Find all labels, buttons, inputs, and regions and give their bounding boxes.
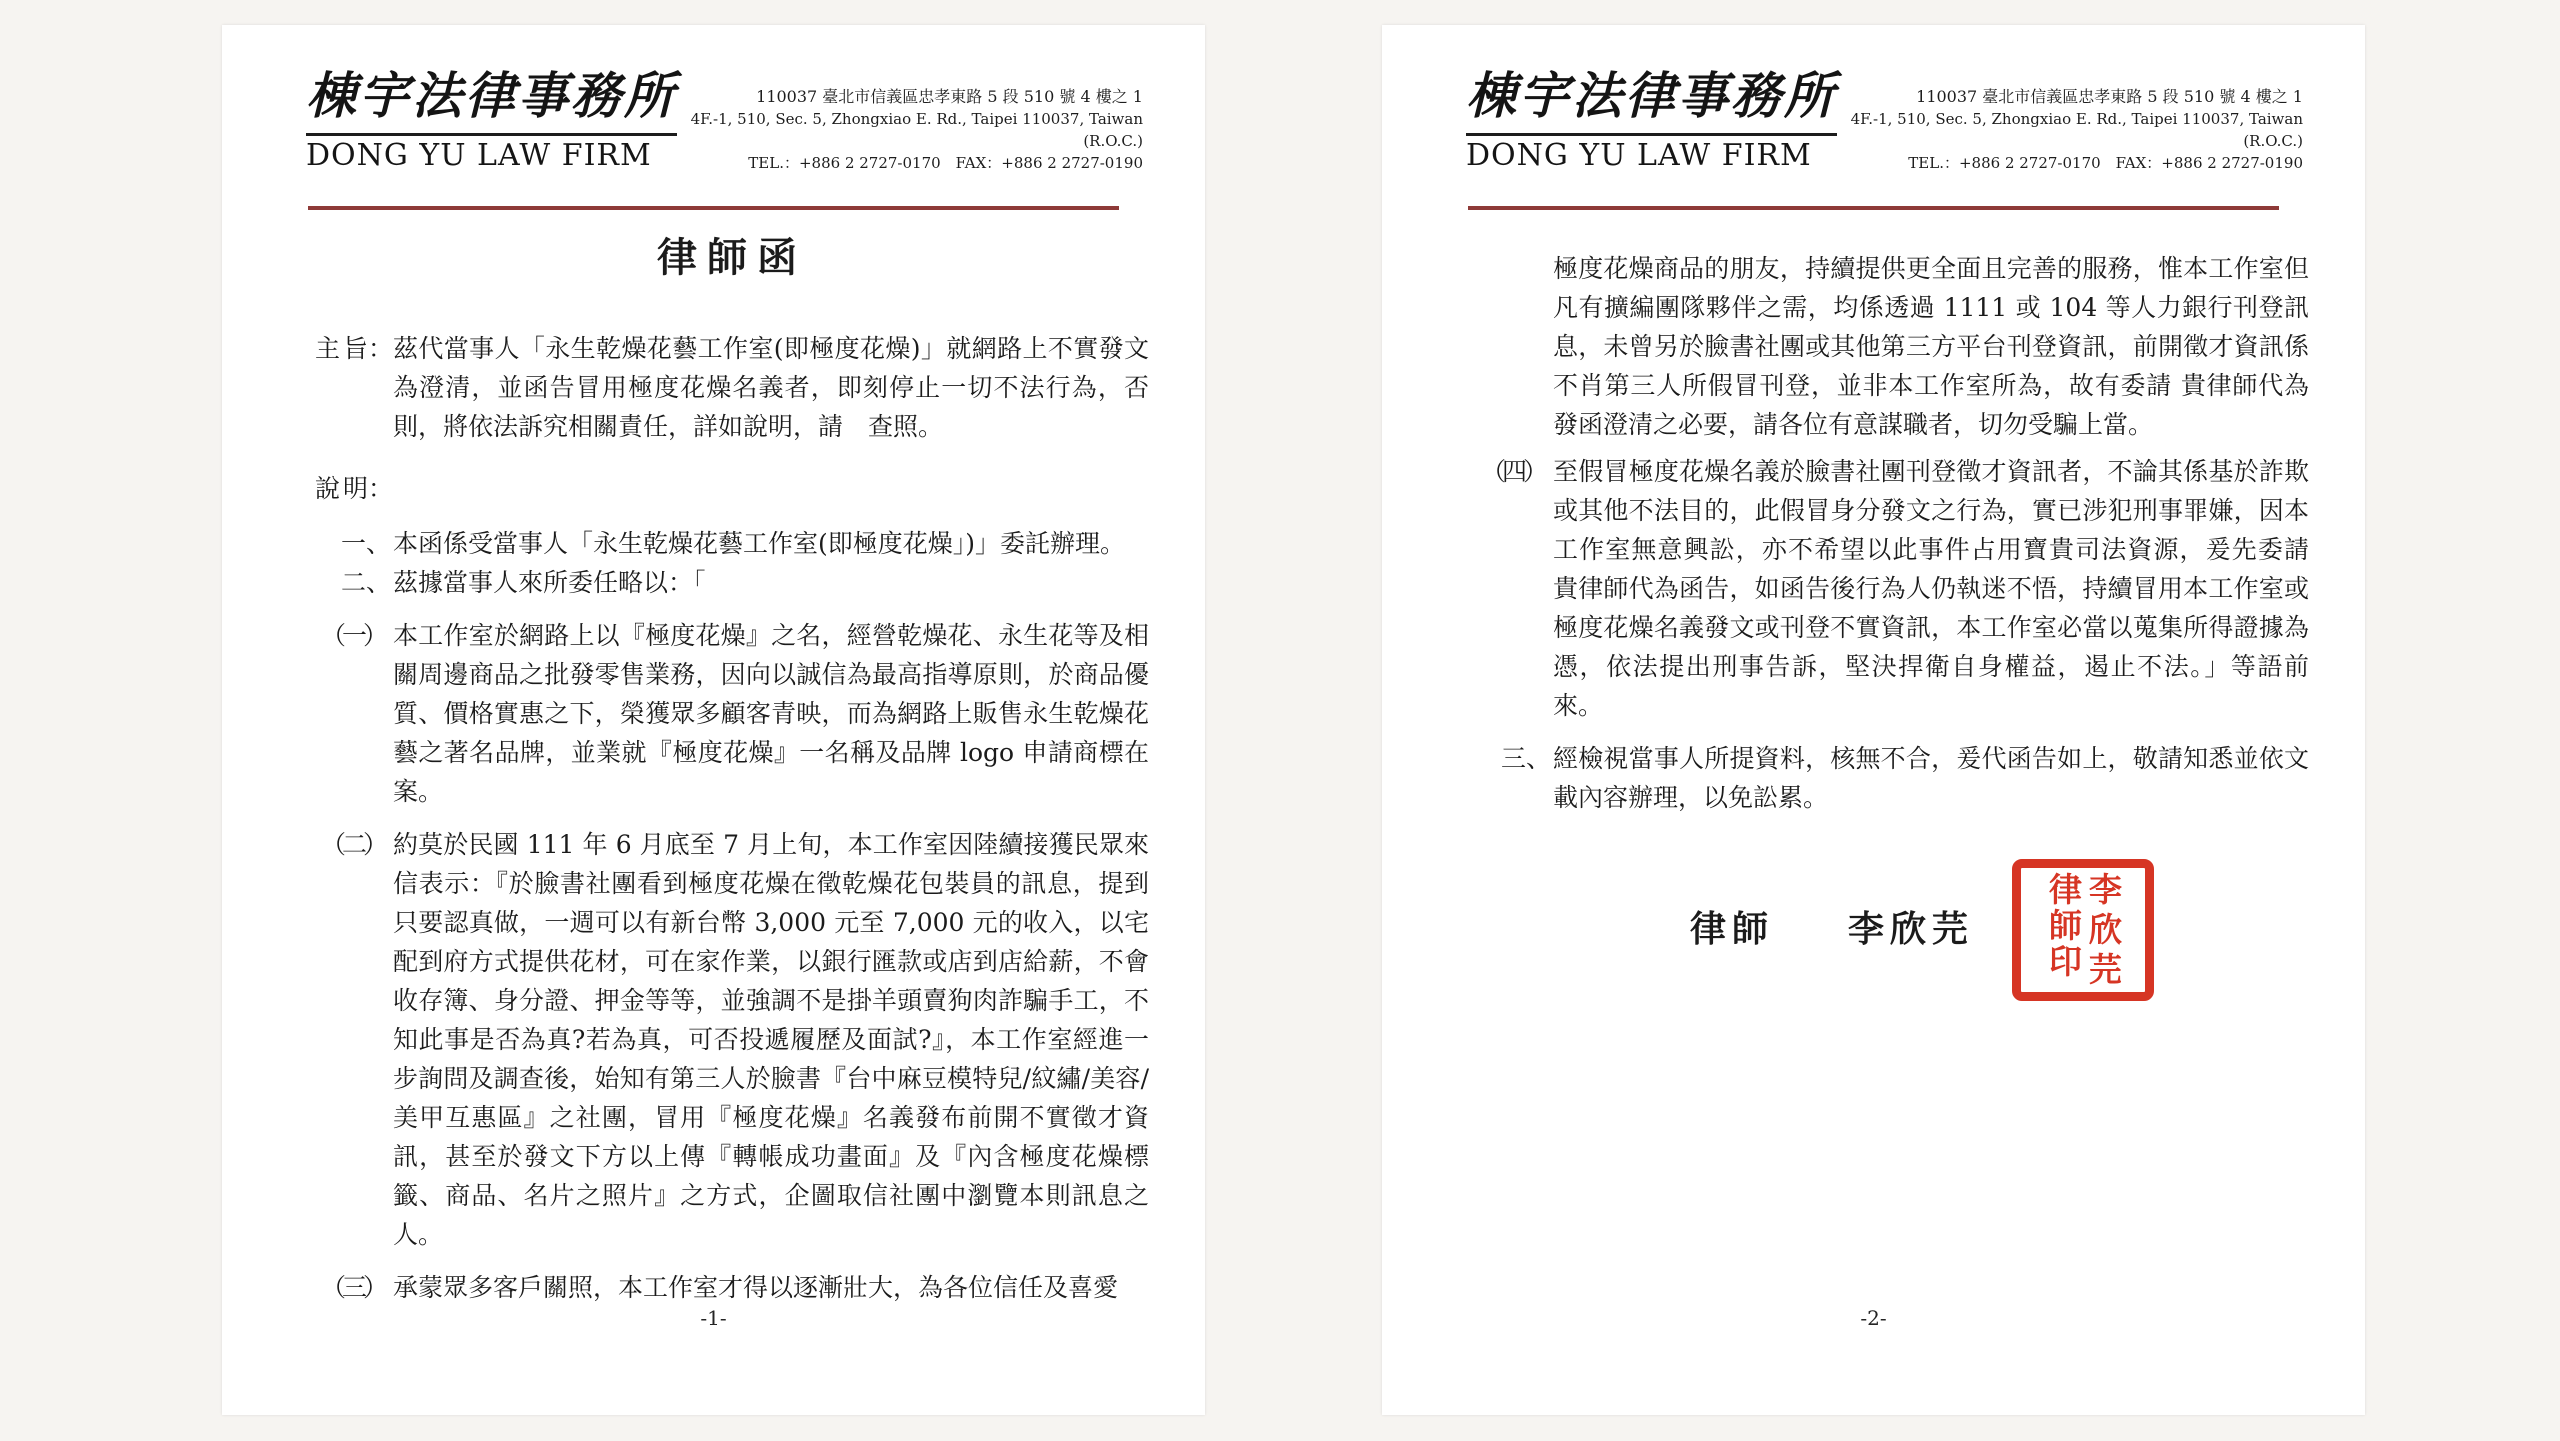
firm-address-zh: 110037 臺北市信義區忠孝東路 5 段 510 號 4 樓之 1 (1837, 86, 2303, 108)
list-item-3-text: 經檢視當事人所提資料，核無不合，爰代函告如上，敬請知悉並依文載內容辦理，以免訟累… (1553, 739, 2309, 817)
list-item-3-number: 三、 (1475, 739, 1553, 817)
sub-item-1: （一） 本工作室於網路上以『極度花燥』之名，經營乾燥花、永生花等及相關周邊商品之… (315, 616, 1149, 811)
document-page-1: 棟宇法律事務所 DONG YU LAW FIRM 110037 臺北市信義區忠孝… (222, 25, 1205, 1415)
firm-name-en: DONG YU LAW FIRM (306, 136, 677, 176)
page-number-2: -2- (1382, 1306, 2365, 1330)
list-item-2: 二、 茲據當事人來所委任略以：「 (315, 563, 1149, 602)
firm-brand: 棟宇法律事務所 DONG YU LAW FIRM (306, 65, 677, 176)
page1-content: 律師函 主旨： 茲代當事人「永生乾燥花藝工作室(即極度花燥)」就網路上不實發文為… (315, 234, 1149, 1307)
list-item-1-text: 本函係受當事人「永生乾燥花藝工作室(即極度花燥」)」委託辦理。 (393, 524, 1149, 563)
subject-label-char1: 主 (315, 329, 340, 446)
firm-address-zh: 110037 臺北市信義區忠孝東路 5 段 510 號 4 樓之 1 (677, 86, 1143, 108)
sub-item-2: （二） 約莫於民國 111 年 6 月底至 7 月上旬，本工作室因陸續接獲民眾來… (315, 825, 1149, 1254)
lawyer-seal-text: 李欣芫律師印 (2043, 872, 2123, 988)
firm-logo-calligraphy: 棟宇法律事務所 (306, 65, 677, 127)
document-title: 律師函 (315, 234, 1149, 282)
firm-address-en: 4F.-1, 510, Sec. 5, Zhongxiao E. Rd., Ta… (1837, 108, 2303, 152)
list-item-2-text: 茲據當事人來所委任略以：「 (393, 563, 1149, 602)
firm-name-en: DONG YU LAW FIRM (1466, 136, 1837, 176)
signature-name: 李欣芫 (1848, 905, 1974, 953)
letterhead-divider (1468, 206, 2279, 210)
list-item-2-number: 二、 (315, 563, 393, 602)
subject-label: 主旨： (315, 329, 393, 446)
sub-item-1-text: 本工作室於網路上以『極度花燥』之名，經營乾燥花、永生花等及相關周邊商品之批發零售… (393, 616, 1149, 811)
sub-item-3-text: 承蒙眾多客戶關照，本工作室才得以逐漸壯大，為各位信任及喜愛 (393, 1268, 1149, 1307)
page-number-1: -1- (222, 1306, 1205, 1330)
explanation-label: 說明： (315, 469, 393, 508)
firm-address-en: 4F.-1, 510, Sec. 5, Zhongxiao E. Rd., Ta… (677, 108, 1143, 152)
list-item-1: 一、 本函係受當事人「永生乾燥花藝工作室(即極度花燥」)」委託辦理。 (315, 524, 1149, 563)
list-item-1-number: 一、 (315, 524, 393, 563)
sub-item-2-number: （二） (315, 825, 393, 1254)
subject-label-char2: 旨： (343, 329, 393, 446)
letterhead-divider (308, 206, 1119, 210)
sub-item-1-number: （一） (315, 616, 393, 811)
signature-text: 律師 李欣芫 (1690, 905, 2012, 953)
explanation-spacer (393, 469, 1149, 508)
continuation-paragraph: 極度花燥商品的朋友，持續提供更全面且完善的服務，惟本工作室但凡有擴編團隊夥伴之需… (1475, 249, 2309, 444)
letterhead: 棟宇法律事務所 DONG YU LAW FIRM 110037 臺北市信義區忠孝… (222, 25, 1205, 176)
letterhead: 棟宇法律事務所 DONG YU LAW FIRM 110037 臺北市信義區忠孝… (1382, 25, 2365, 176)
sub-item-4: （四） 至假冒極度花燥名義於臉書社團刊登徵才資訊者，不論其係基於詐欺或其他不法目… (1475, 452, 2309, 725)
page2-content: 極度花燥商品的朋友，持續提供更全面且完善的服務，惟本工作室但凡有擴編團隊夥伴之需… (1475, 249, 2309, 1001)
explanation-label-char1: 說 (315, 469, 340, 508)
lawyer-seal-stamp: 李欣芫律師印 (2012, 859, 2154, 1001)
firm-address-block: 110037 臺北市信義區忠孝東路 5 段 510 號 4 樓之 1 4F.-1… (1837, 86, 2303, 176)
explanation-label-char2: 明： (343, 469, 393, 508)
signature-title: 律師 (1690, 905, 1774, 953)
list-item-3: 三、 經檢視當事人所提資料，核無不合，爰代函告如上，敬請知悉並依文載內容辦理，以… (1475, 739, 2309, 817)
sub-item-2-text: 約莫於民國 111 年 6 月底至 7 月上旬，本工作室因陸續接獲民眾來信表示：… (393, 825, 1149, 1254)
firm-address-block: 110037 臺北市信義區忠孝東路 5 段 510 號 4 樓之 1 4F.-1… (677, 86, 1143, 176)
signature-block: 律師 李欣芫 李欣芫律師印 (1690, 859, 2309, 1001)
firm-tel-fax: TEL.：+886 2 2727-0170 FAX：+886 2 2727-01… (677, 152, 1143, 174)
explanation-block: 說明： (315, 469, 1149, 508)
document-page-2: 棟宇法律事務所 DONG YU LAW FIRM 110037 臺北市信義區忠孝… (1382, 25, 2365, 1415)
sub-item-3: （三） 承蒙眾多客戶關照，本工作室才得以逐漸壯大，為各位信任及喜愛 (315, 1268, 1149, 1307)
firm-brand: 棟宇法律事務所 DONG YU LAW FIRM (1466, 65, 1837, 176)
sub-item-4-number: （四） (1475, 452, 1553, 725)
sub-item-4-text: 至假冒極度花燥名義於臉書社團刊登徵才資訊者，不論其係基於詐欺或其他不法目的，此假… (1553, 452, 2309, 725)
sub-item-3-number: （三） (315, 1268, 393, 1307)
subject-text: 茲代當事人「永生乾燥花藝工作室(即極度花燥)」就網路上不實發文為澄清，並函告冒用… (393, 329, 1149, 446)
subject-block: 主旨： 茲代當事人「永生乾燥花藝工作室(即極度花燥)」就網路上不實發文為澄清，並… (315, 329, 1149, 446)
firm-tel-fax: TEL.：+886 2 2727-0170 FAX：+886 2 2727-01… (1837, 152, 2303, 174)
firm-logo-calligraphy: 棟宇法律事務所 (1466, 65, 1837, 127)
